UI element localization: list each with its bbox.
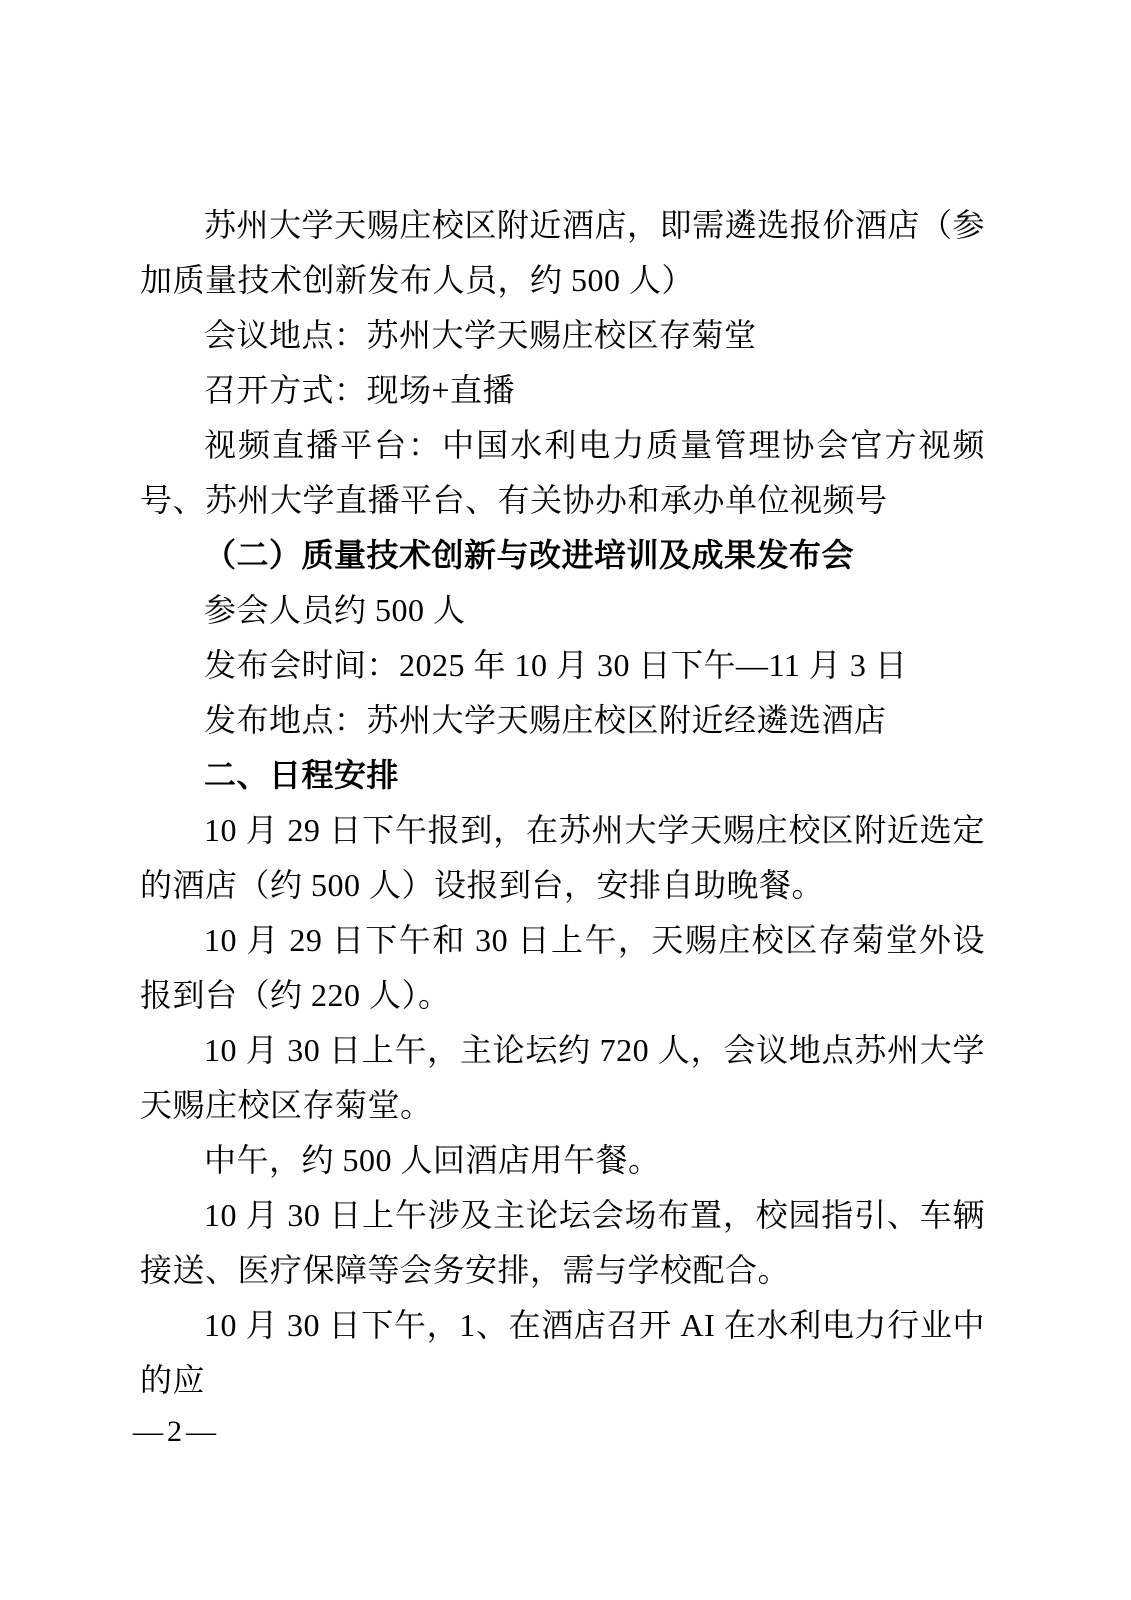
document-body: 苏州大学天赐庄校区附近酒店，即需遴选报价酒店（参加质量技术创新发布人员，约 50… — [140, 198, 985, 1408]
paragraph-oct30-logistics: 10 月 30 日上午涉及主论坛会场布置，校园指引、车辆接送、医疗保障等会务安排… — [140, 1188, 985, 1298]
document-page: 苏州大学天赐庄校区附近酒店，即需遴选报价酒店（参加质量技术创新发布人员，约 50… — [0, 0, 1131, 1600]
paragraph-release-time: 发布会时间：2025 年 10 月 30 日下午—11 月 3 日 — [140, 638, 985, 693]
paragraph-livestream-platforms: 视频直播平台：中国水利电力质量管理协会官方视频号、苏州大学直播平台、有关协办和承… — [140, 418, 985, 528]
paragraph-release-location: 发布地点：苏州大学天赐庄校区附近经遴选酒店 — [140, 693, 985, 748]
paragraph-noon-lunch: 中午，约 500 人回酒店用午餐。 — [140, 1133, 985, 1188]
paragraph-oct29-checkin: 10 月 29 日下午报到，在苏州大学天赐庄校区附近选定的酒店（约 500 人）… — [140, 803, 985, 913]
section-heading-schedule: 二、日程安排 — [140, 748, 985, 803]
paragraph-meeting-format: 召开方式：现场+直播 — [140, 363, 985, 418]
paragraph-oct30-afternoon-ai: 10 月 30 日下午，1、在酒店召开 AI 在水利电力行业中的应 — [140, 1298, 985, 1408]
paragraph-meeting-location: 会议地点：苏州大学天赐庄校区存菊堂 — [140, 308, 985, 363]
section-heading-2: （二）质量技术创新与改进培训及成果发布会 — [140, 528, 985, 583]
paragraph-oct29-30-checkin-desk: 10 月 29 日下午和 30 日上午，天赐庄校区存菊堂外设报到台（约 220 … — [140, 913, 985, 1023]
paragraph-oct30-morning-forum: 10 月 30 日上午，主论坛约 720 人，会议地点苏州大学天赐庄校区存菊堂。 — [140, 1023, 985, 1133]
page-number: —2— — [133, 1412, 220, 1452]
paragraph-hotel-selection: 苏州大学天赐庄校区附近酒店，即需遴选报价酒店（参加质量技术创新发布人员，约 50… — [140, 198, 985, 308]
paragraph-attendee-count: 参会人员约 500 人 — [140, 583, 985, 638]
